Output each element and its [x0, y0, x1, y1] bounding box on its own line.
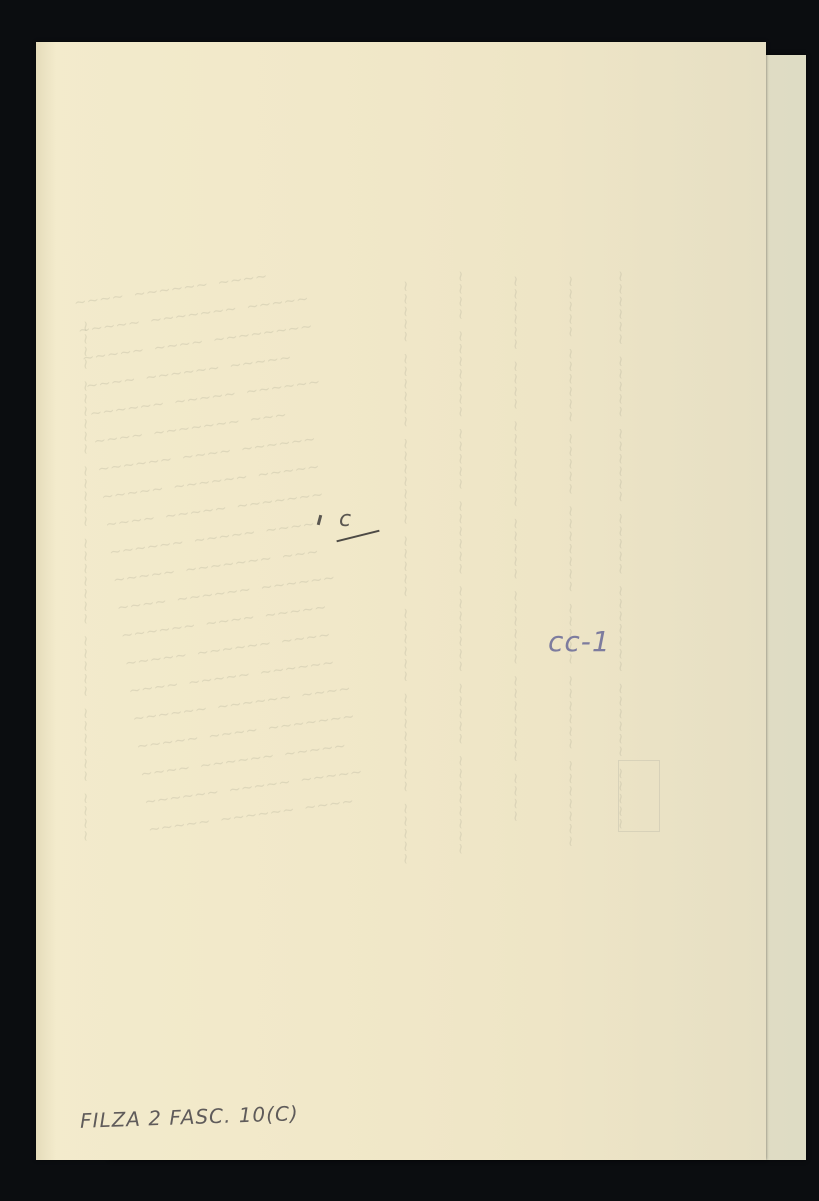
document-page [36, 42, 766, 1160]
section-mark: c [318, 507, 352, 532]
section-mark-letter: c [339, 507, 352, 532]
page-marker: cc-1 [548, 625, 611, 658]
tick-mark [317, 515, 322, 525]
faded-stamp [618, 760, 660, 832]
